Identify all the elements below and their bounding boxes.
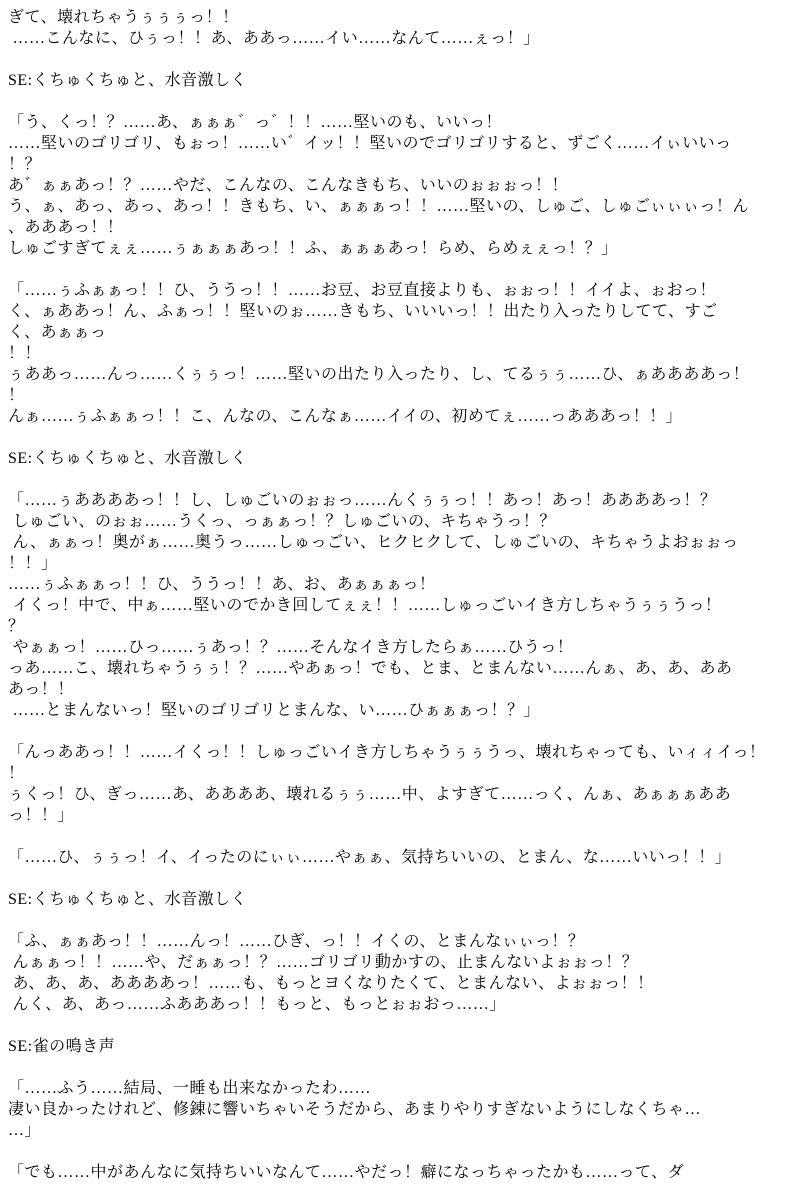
text-page: ぎて、壊れちゃうぅぅぅっ！！ ……こんなに、ひぅっ！！あ、ああっ……イい……なん… [0, 0, 800, 1194]
script-text: ぎて、壊れちゃうぅぅぅっ！！ ……こんなに、ひぅっ！！あ、ああっ……イい……なん… [8, 7, 794, 1183]
